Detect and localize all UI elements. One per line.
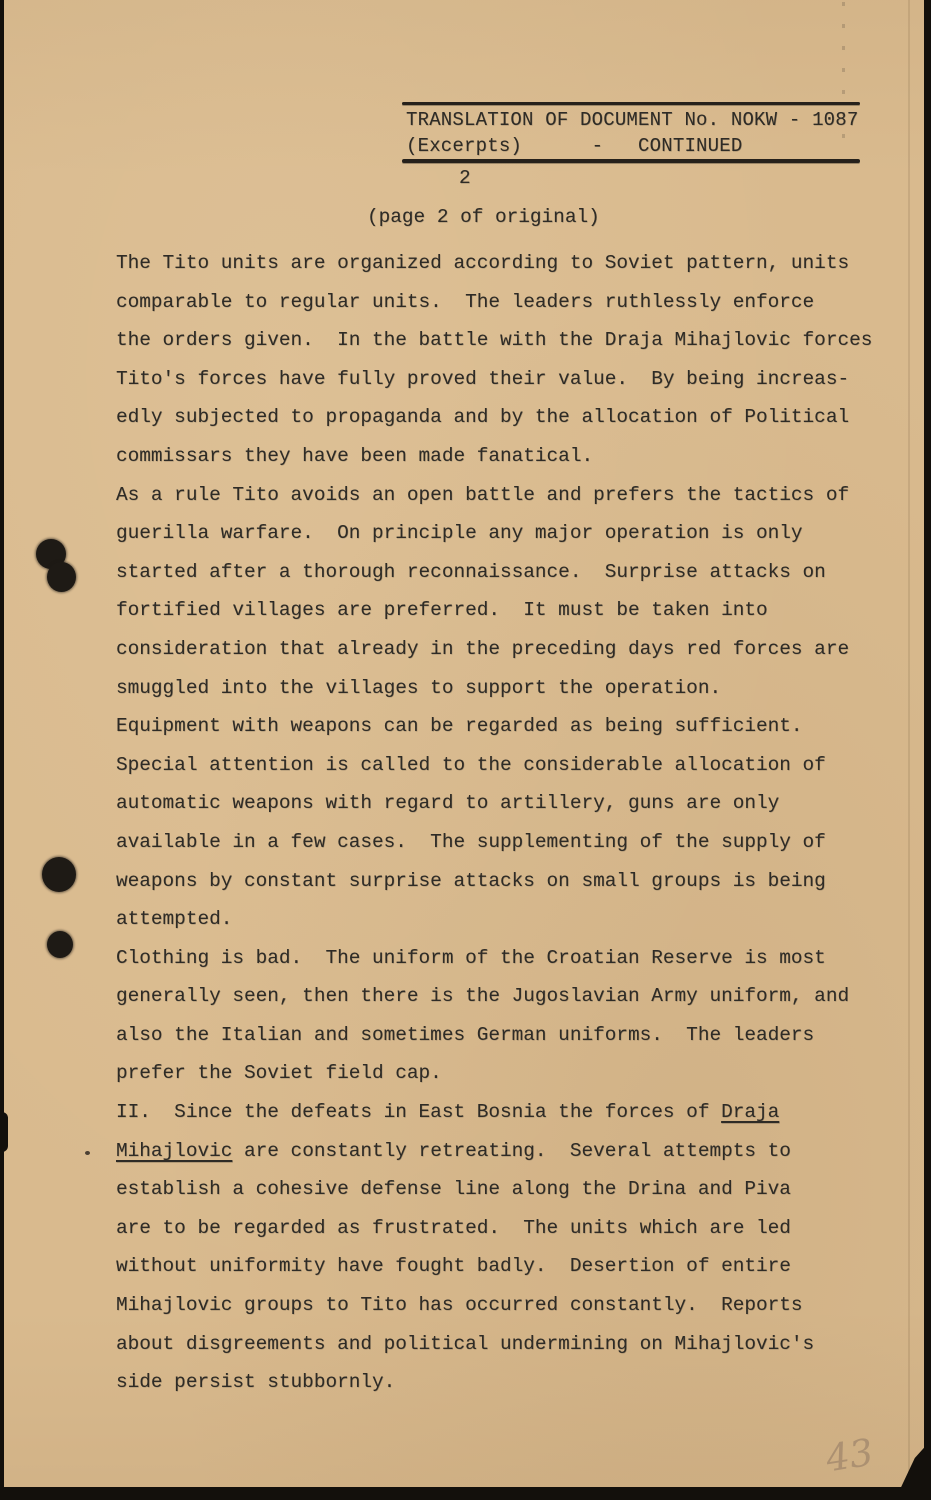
text-line: generally seen, then there is the Jugosl…: [116, 977, 886, 1016]
text-line: Equipment with weapons can be regarded a…: [116, 707, 886, 746]
text-line: Clothing is bad. The uniform of the Croa…: [116, 939, 886, 978]
paragraph-mihajlovic: II. Since the defeats in East Bosnia the…: [116, 1093, 886, 1402]
text-line: attempted.: [116, 900, 886, 939]
text-line: side persist stubbornly.: [116, 1363, 886, 1402]
punch-hole: [47, 931, 73, 958]
text-line: establish a cohesive defense line along …: [116, 1170, 886, 1209]
text-line: comparable to regular units. The leaders…: [116, 283, 886, 322]
text-line: commissars they have been made fanatical…: [116, 437, 886, 476]
page-number: 2: [459, 167, 471, 189]
punch-hole: [42, 857, 76, 892]
text-line: weapons by constant surprise attacks on …: [116, 862, 886, 901]
header-rule-top: [402, 102, 860, 105]
text-line: automatic weapons with regard to artille…: [116, 784, 886, 823]
document-page: TRANSLATION OF DOCUMENT No. NOKW - 1087 …: [4, 0, 924, 1487]
scan-background: TRANSLATION OF DOCUMENT No. NOKW - 1087 …: [0, 0, 931, 1500]
paper-crease: [908, 0, 910, 1487]
text-line: available in a few cases. The supplement…: [116, 823, 886, 862]
text-line: consideration that already in the preced…: [116, 630, 886, 669]
excerpts-continued-line: (Excerpts) - CONTINUED: [402, 136, 860, 157]
paragraph-tito-units: The Tito units are organized according t…: [116, 244, 886, 476]
text-line: are to be regarded as frustrated. The un…: [116, 1209, 886, 1248]
header-rule-bottom: [402, 159, 860, 163]
paragraph-tactics: As a rule Tito avoids an open battle and…: [116, 476, 886, 708]
text-line: also the Italian and sometimes German un…: [116, 1016, 886, 1055]
text-line: Mihajlovic are constantly retreating. Se…: [116, 1132, 886, 1171]
body-text: The Tito units are organized according t…: [116, 244, 886, 1402]
text-line: smuggled into the villages to support th…: [116, 669, 886, 708]
text-line: Mihajlovic groups to Tito has occurred c…: [116, 1286, 886, 1325]
text-line: fortified villages are preferred. It mus…: [116, 591, 886, 630]
text-line: about disgreements and political undermi…: [116, 1325, 886, 1364]
punch-hole: [47, 562, 76, 592]
paragraph-equipment: Equipment with weapons can be regarded a…: [116, 707, 886, 939]
text-line: As a rule Tito avoids an open battle and…: [116, 476, 886, 515]
handwritten-page-number: 43: [823, 1431, 876, 1481]
ink-speck: [85, 1151, 90, 1155]
text-line: without uniformity have fought badly. De…: [116, 1247, 886, 1286]
scan-edge-blob: [0, 1112, 8, 1152]
header-box: TRANSLATION OF DOCUMENT No. NOKW - 1087 …: [402, 102, 860, 163]
text-line: prefer the Soviet field cap.: [116, 1054, 886, 1093]
text-line: The Tito units are organized according t…: [116, 244, 886, 283]
text-line: guerilla warfare. On principle any major…: [116, 514, 886, 553]
document-title: TRANSLATION OF DOCUMENT No. NOKW - 1087: [402, 110, 860, 131]
paragraph-clothing: Clothing is bad. The uniform of the Croa…: [116, 939, 886, 1093]
text-line: Tito's forces have fully proved their va…: [116, 360, 886, 399]
text-line: edly subjected to propaganda and by the …: [116, 398, 886, 437]
text-line: II. Since the defeats in East Bosnia the…: [116, 1093, 886, 1132]
scanned-document-screenshot: { "colors": { "paper": "#d9ba8e", "ink":…: [0, 0, 931, 1500]
original-page-note: (page 2 of original): [367, 206, 600, 228]
text-line: started after a thorough reconnaissance.…: [116, 553, 886, 592]
text-line: the orders given. In the battle with the…: [116, 321, 886, 360]
text-line: Special attention is called to the consi…: [116, 746, 886, 785]
bottom-scan-bar: [0, 1487, 931, 1500]
